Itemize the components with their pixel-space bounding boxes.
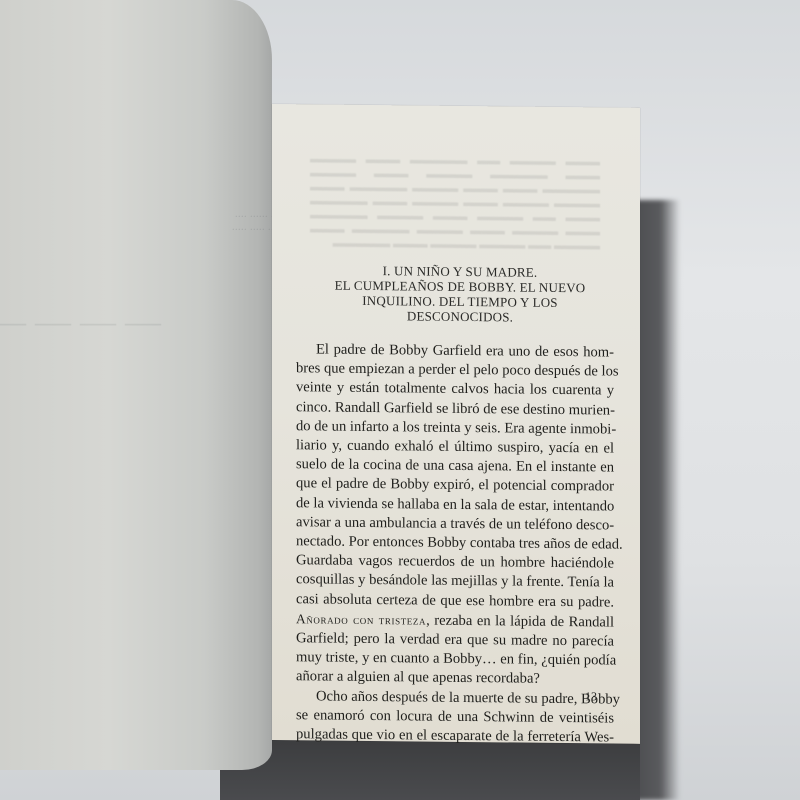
text-line: pulgadas que vio en el escaparate de la … xyxy=(296,725,614,748)
chapter-heading: I. UN NIÑO Y SU MADRE. EL CUMPLEAÑOS DE … xyxy=(300,262,620,325)
right-page: ▬▬▬ ▬▬▬▬ ▬▬ ▬▬▬▬▬ ▬▬▬ ▬▬▬▬ ▬▬▬ ▬▬▬▬▬ ▬▬▬… xyxy=(272,104,640,744)
body-text: El padre de Bobby Garfield era uno de es… xyxy=(296,340,614,748)
left-page-bleed-through: ··· ······ ········ ····· ····· xyxy=(170,210,272,236)
epitaph-rest: , rezaba en la lápida de Randall xyxy=(426,612,614,630)
right-page-bleed-through: ▬▬▬ ▬▬▬▬ ▬▬ ▬▬▬▬▬ ▬▬▬ ▬▬▬▬ ▬▬▬ ▬▬▬▬▬ ▬▬▬… xyxy=(310,152,600,253)
left-page-bleed-through-title: — — — — xyxy=(0,300,161,342)
epitaph-smallcaps: Añorado con tristeza xyxy=(296,611,426,627)
left-page: ··· ······ ········ ····· ····· — — — — xyxy=(0,0,272,770)
page-number: 13 xyxy=(585,689,597,704)
chapter-heading-line: DESCONOCIDOS. xyxy=(300,307,620,325)
